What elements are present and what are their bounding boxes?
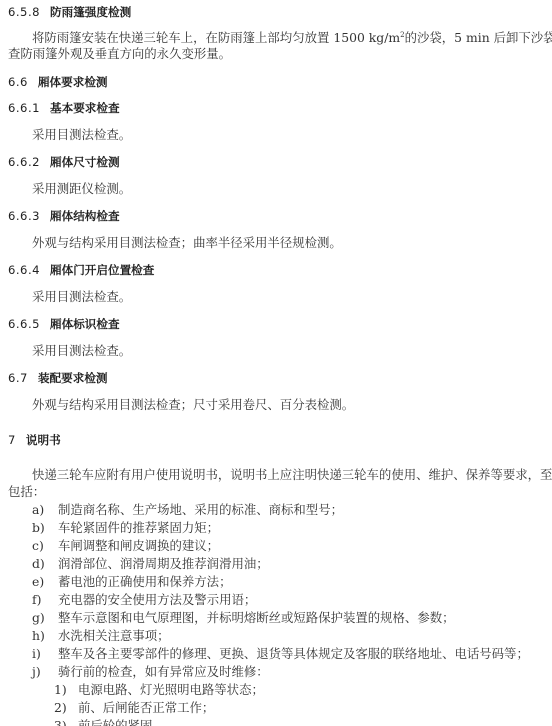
section-heading-6-6-3: 6.6.3厢体结构检查 [8,208,120,224]
text: 将防雨篷安装在快递三轮车上，在防雨篷上部均匀放置 1500 kg/m [32,30,400,45]
paragraph-6-6-5: 采用目测法检查。 [32,343,131,359]
sublist-item: 2)前、后闸能否正常工作； [54,700,214,716]
list-text: 前、后闸能否正常工作； [78,700,214,715]
list-text: 整车示意图和电气原理图，并标明熔断丝或短路保护装置的规格、参数； [58,610,455,625]
section-title: 厢体要求检测 [38,75,108,89]
list-item: e)蓄电池的正确使用和保养方法； [32,574,231,590]
list-item: f)充电器的安全使用方法及警示用语； [32,592,256,608]
section-number: 6.6.2 [8,154,40,170]
text: 的沙袋，5 min 后卸下沙袋，检 [405,30,552,45]
section-heading-6-6-1: 6.6.1基本要求检查 [8,100,120,116]
list-marker: 1) [54,682,78,698]
section-heading-6-6: 6.6厢体要求检测 [8,74,108,90]
list-text: 润滑部位、润滑周期及推荐润滑用油； [58,556,269,571]
paragraph-6-7: 外观与结构采用目测法检查；尺寸采用卷尺、百分表检测。 [32,397,354,413]
section-heading-6-7: 6.7装配要求检测 [8,370,108,386]
section-heading-6-6-4: 6.6.4厢体门开启位置检查 [8,262,154,278]
list-text: 整车及各主要零部件的修理、更换、退货等具体规定及客服的联络地址、电话号码等； [58,646,529,661]
paragraph-6-6-1: 采用目测法检查。 [32,127,131,143]
list-text: 车闸调整和闸皮调换的建议； [58,538,219,553]
list-item: a)制造商名称、生产场地、采用的标准、商标和型号； [32,502,343,518]
sublist-item: 3)前后轮的紧固 [54,718,152,726]
paragraph-6-5-8-line1: 将防雨篷安装在快递三轮车上，在防雨篷上部均匀放置 1500 kg/m2的沙袋，5… [32,30,552,46]
list-text: 前后轮的紧固 [78,718,152,726]
list-text: 骑行前的检查，如有异常应及时维修： [58,664,269,679]
section-number: 6.7 [8,370,28,386]
list-marker: 2) [54,700,78,716]
list-marker: c) [32,538,58,554]
section-title: 基本要求检查 [50,101,120,115]
list-marker: f) [32,592,58,608]
sublist-item: 1)电源电路、灯光照明电路等状态； [54,682,264,698]
list-marker: d) [32,556,58,572]
list-item: i)整车及各主要零部件的修理、更换、退货等具体规定及客服的联络地址、电话号码等； [32,646,529,662]
list-marker: i) [32,646,58,662]
list-text: 制造商名称、生产场地、采用的标准、商标和型号； [58,502,343,517]
paragraph-6-6-4: 采用目测法检查。 [32,289,131,305]
list-text: 充电器的安全使用方法及警示用语； [58,592,256,607]
section-title: 厢体门开启位置检查 [50,263,154,277]
list-marker: b) [32,520,58,536]
section-heading-6-5-8: 6.5.8防雨篷强度检测 [8,4,131,20]
section-title: 装配要求检测 [38,371,108,385]
section-title: 厢体尺寸检测 [50,155,120,169]
list-item: d)润滑部位、润滑周期及推荐润滑用油； [32,556,269,572]
list-item: j)骑行前的检查，如有异常应及时维修： [32,664,269,680]
section-title: 厢体结构检查 [50,209,120,223]
section-number: 7 [8,432,16,448]
section-number: 6.6.4 [8,262,40,278]
section-number: 6.6.5 [8,316,40,332]
paragraph-6-6-2: 采用测距仪检测。 [32,181,131,197]
paragraph-6-5-8-line2: 查防雨篷外观及垂直方向的永久变形量。 [8,46,231,62]
list-marker: 3) [54,718,78,726]
list-text: 电源电路、灯光照明电路等状态； [78,682,264,697]
list-marker: j) [32,664,58,680]
list-item: c)车闸调整和闸皮调换的建议； [32,538,219,554]
paragraph-6-6-3: 外观与结构采用目测法检查；曲率半径采用半径规检测。 [32,235,342,251]
list-item: h)水洗相关注意事项； [32,628,170,644]
list-item: b)车轮紧固件的推荐紧固力矩； [32,520,219,536]
paragraph-7-line2: 包括： [8,484,45,500]
section-number: 6.5.8 [8,4,40,20]
list-marker: g) [32,610,58,626]
section-number: 6.6.1 [8,100,40,116]
paragraph-7-line1: 快递三轮车应附有用户使用说明书，说明书上应注明快递三轮车的使用、维护、保养等要求… [32,467,552,483]
list-marker: e) [32,574,58,590]
list-text: 水洗相关注意事项； [58,628,170,643]
section-heading-6-6-5: 6.6.5厢体标识检查 [8,316,120,332]
section-title: 防雨篷强度检测 [50,5,131,19]
list-marker: a) [32,502,58,518]
section-number: 6.6 [8,74,28,90]
list-text: 车轮紧固件的推荐紧固力矩； [58,520,219,535]
section-title: 说明书 [26,433,61,447]
list-item: g)整车示意图和电气原理图，并标明熔断丝或短路保护装置的规格、参数； [32,610,455,626]
section-heading-7: 7说明书 [8,432,61,448]
section-heading-6-6-2: 6.6.2厢体尺寸检测 [8,154,120,170]
section-number: 6.6.3 [8,208,40,224]
section-title: 厢体标识检查 [50,317,120,331]
list-text: 蓄电池的正确使用和保养方法； [58,574,231,589]
list-marker: h) [32,628,58,644]
